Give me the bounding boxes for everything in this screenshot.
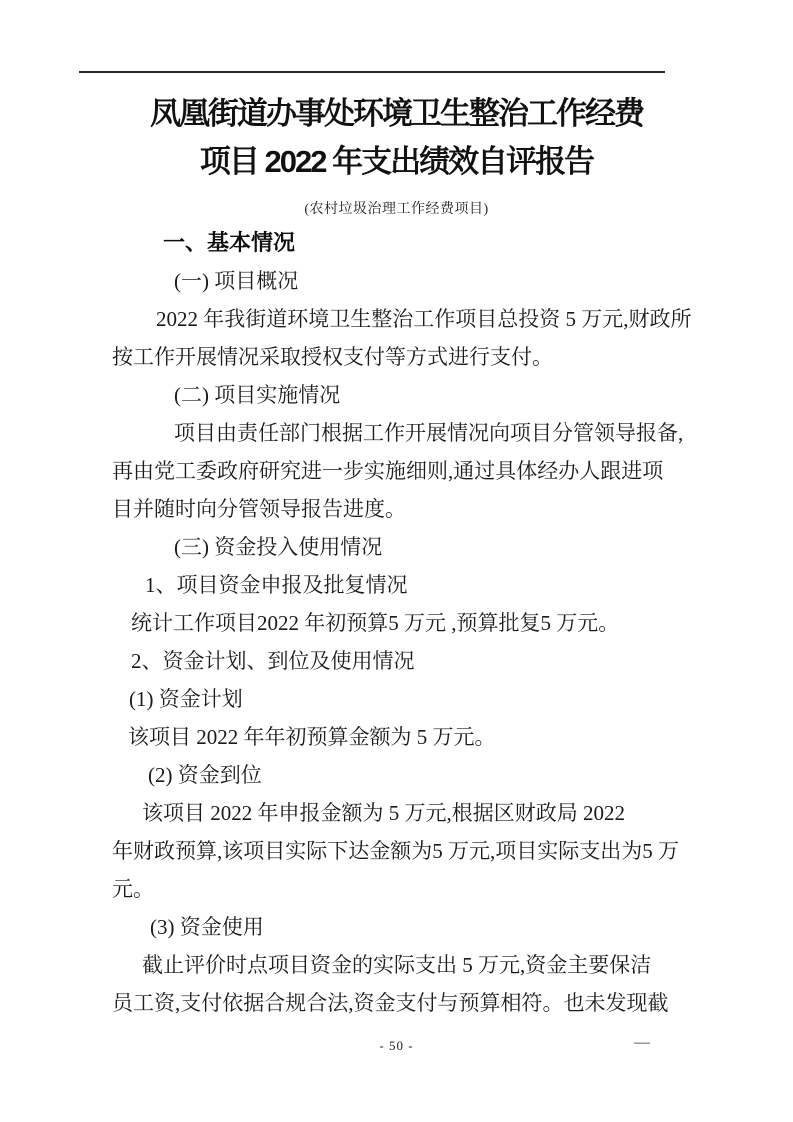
heading-fund-input-usage: (三) 资金投入使用情况 (174, 528, 712, 566)
para-fund-application: 统计工作项目2022 年初预算5 万元 ,预算批复5 万元。 (131, 604, 712, 642)
para-implementation-line-2: 再由党工委政府研究进一步实施细则,通过具体经办人跟进项 (112, 452, 712, 490)
para-fund-use-line-2: 员工资,支付依据合规合法,资金支付与预算相符。也未发现截 (112, 984, 712, 1022)
para-overview-line-1: 2022 年我街道环境卫生整治工作项目总投资 5 万元,财政所 (156, 300, 712, 338)
document-title-line-1: 凤凰街道办事处环境卫生整治工作经费 (0, 90, 793, 138)
heading-fund-arrival: (2) 资金到位 (148, 756, 712, 794)
item-2-fund-plan-arrival-usage: 2、资金计划、到位及使用情况 (131, 642, 712, 680)
para-implementation-line-3: 目并随时向分管领导报告进度。 (112, 490, 712, 528)
document-body: 一、基本情况 (一) 项目概况 2022 年我街道环境卫生整治工作项目总投资 5… (112, 224, 712, 1022)
heading-fund-use: (3) 资金使用 (150, 908, 712, 946)
heading-fund-plan: (1) 资金计划 (129, 680, 712, 718)
para-fund-use-line-1: 截止评价时点项目资金的实际支出 5 万元,资金主要保洁 (142, 946, 712, 984)
heading-section-1: 一、基本情况 (163, 224, 712, 262)
para-implementation-line-1: 项目由责任部门根据工作开展情况向项目分管领导报备, (174, 414, 712, 452)
para-fund-arrival-line-2: 年财政预算,该项目实际下达金额为5 万元,项目实际支出为5 万 (112, 832, 712, 870)
document-subtitle: (农村垃圾治理工作经费项目) (0, 198, 793, 218)
document-page: 凤凰街道办事处环境卫生整治工作经费 项目 2022 年支出绩效自评报告 (农村垃… (0, 0, 793, 1122)
para-fund-plan: 该项目 2022 年年初预算金额为 5 万元。 (128, 718, 712, 756)
para-fund-arrival-line-1: 该项目 2022 年申报金额为 5 万元,根据区财政局 2022 (142, 794, 712, 832)
para-fund-arrival-line-3: 元。 (112, 870, 712, 908)
item-1-fund-application: 1、项目资金申报及批复情况 (145, 566, 712, 604)
heading-project-implementation: (二) 项目实施情况 (174, 376, 712, 414)
para-overview-line-2: 按工作开展情况采取授权支付等方式进行支付。 (112, 338, 712, 376)
page-number: - 50 - (0, 1038, 793, 1054)
heading-project-overview: (一) 项目概况 (174, 262, 712, 300)
header-rule (79, 71, 665, 73)
document-title: 凤凰街道办事处环境卫生整治工作经费 项目 2022 年支出绩效自评报告 (0, 90, 793, 186)
margin-dash-mark: — (634, 1034, 650, 1052)
document-title-line-2: 项目 2022 年支出绩效自评报告 (0, 138, 793, 186)
